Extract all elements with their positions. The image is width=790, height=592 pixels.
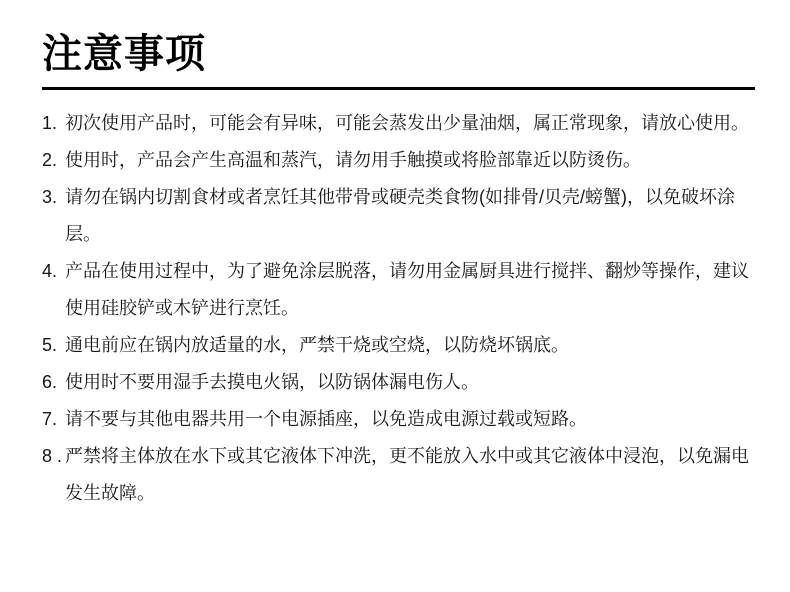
list-item-number: 6.: [42, 364, 65, 401]
list-item: 5. 通电前应在锅内放适量的水，严禁干烧或空烧，以防烧坏锅底。: [42, 327, 755, 364]
precautions-page: 注意事项 1. 初次使用产品时，可能会有异味，可能会蒸发出少量油烟，属正常现象，…: [0, 0, 790, 592]
list-item-text: 通电前应在锅内放适量的水，严禁干烧或空烧，以防烧坏锅底。: [65, 327, 755, 364]
list-item: 3. 请勿在锅内切割食材或者烹饪其他带骨或硬壳类食物(如排骨/贝壳/螃蟹)，以免…: [42, 179, 755, 253]
list-item-text: 请不要与其他电器共用一个电源插座，以免造成电源过载或短路。: [65, 401, 755, 438]
list-item-text: 产品在使用过程中，为了避免涂层脱落，请勿用金属厨具进行搅拌、翻炒等操作，建议使用…: [65, 253, 755, 327]
list-item-number: 3.: [42, 179, 65, 216]
list-item: 8 . 严禁将主体放在水下或其它液体下冲洗，更不能放入水中或其它液体中浸泡，以免…: [42, 438, 755, 512]
title-underline-rule: [42, 87, 755, 90]
page-title: 注意事项: [42, 31, 755, 77]
list-item: 1. 初次使用产品时，可能会有异味，可能会蒸发出少量油烟，属正常现象，请放心使用…: [42, 105, 755, 142]
list-item: 7. 请不要与其他电器共用一个电源插座，以免造成电源过载或短路。: [42, 401, 755, 438]
precautions-list: 1. 初次使用产品时，可能会有异味，可能会蒸发出少量油烟，属正常现象，请放心使用…: [42, 105, 755, 512]
list-item-number: 1.: [42, 105, 65, 142]
list-item-number: 4.: [42, 253, 65, 290]
list-item-number: 2.: [42, 142, 65, 179]
list-item-number: 8 .: [42, 438, 65, 475]
list-item: 2. 使用时，产品会产生高温和蒸汽，请勿用手触摸或将脸部靠近以防烫伤。: [42, 142, 755, 179]
list-item-text: 使用时不要用湿手去摸电火锅，以防锅体漏电伤人。: [65, 364, 755, 401]
list-item-number: 7.: [42, 401, 65, 438]
list-item-text: 使用时，产品会产生高温和蒸汽，请勿用手触摸或将脸部靠近以防烫伤。: [65, 142, 755, 179]
list-item-text: 初次使用产品时，可能会有异味，可能会蒸发出少量油烟，属正常现象，请放心使用。: [65, 105, 755, 142]
list-item-number: 5.: [42, 327, 65, 364]
list-item-text: 严禁将主体放在水下或其它液体下冲洗，更不能放入水中或其它液体中浸泡，以免漏电发生…: [65, 438, 755, 512]
list-item-text: 请勿在锅内切割食材或者烹饪其他带骨或硬壳类食物(如排骨/贝壳/螃蟹)，以免破坏涂…: [65, 179, 755, 253]
list-item: 6. 使用时不要用湿手去摸电火锅，以防锅体漏电伤人。: [42, 364, 755, 401]
list-item: 4. 产品在使用过程中，为了避免涂层脱落，请勿用金属厨具进行搅拌、翻炒等操作，建…: [42, 253, 755, 327]
